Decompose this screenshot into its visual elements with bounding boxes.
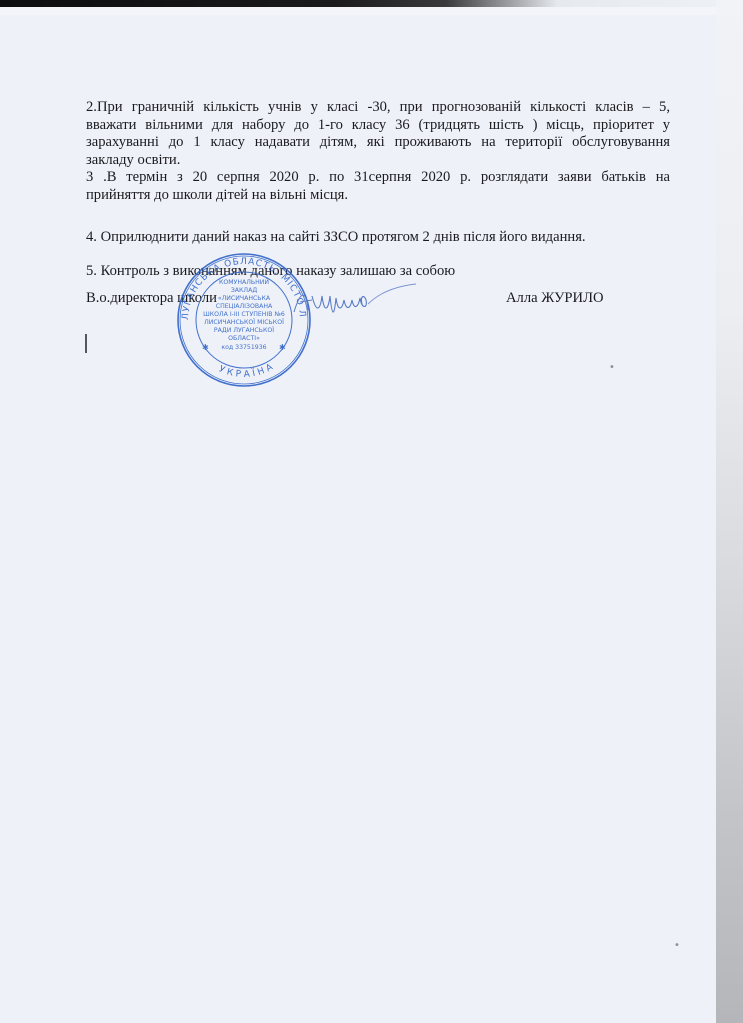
stamp-line: СПЕЦІАЛІЗОВАНА xyxy=(216,303,273,310)
stamp-line: «ЛИСИЧАНСЬКА xyxy=(218,295,271,302)
stamp-line: КОМУНАЛЬНИЙ xyxy=(219,277,269,286)
scanner-edge-right xyxy=(716,0,743,1023)
svg-text:УКРАЇНА: УКРАЇНА xyxy=(217,361,277,380)
stamp-line: код 33751936 xyxy=(221,344,266,351)
margin-mark xyxy=(85,334,87,353)
paragraph-3: 3 .В термін з 20 серпня 2020 р. по 31сер… xyxy=(86,169,670,204)
scan-speck: • xyxy=(674,940,680,951)
stamp-star-icon: ✱ xyxy=(279,343,286,352)
stamp-line: ЗАКЛАД xyxy=(231,287,257,294)
stamp-star-icon: ✱ xyxy=(202,343,209,352)
signatory-name: Алла ЖУРИЛО xyxy=(506,290,604,307)
scanner-edge-top xyxy=(0,0,743,7)
stamp-ring-bottom: УКРАЇНА xyxy=(217,361,277,380)
stamp-line: ШКОЛА І-ІІІ СТУПЕНІВ №6 xyxy=(203,311,285,318)
handwritten-signature xyxy=(290,282,420,322)
stamp-line: РАДИ ЛУГАНСЬКОЇ xyxy=(214,325,274,334)
scanner-strip xyxy=(0,7,743,15)
paragraph-2: 2.При граничній кількість учнів у класі … xyxy=(86,99,670,169)
stamp-line: ОБЛАСТІ» xyxy=(228,335,260,342)
scan-speck: • xyxy=(609,362,615,373)
paragraph-line: зарахуванні до 1 класу надавати дітям, я… xyxy=(86,134,670,152)
paragraph-line: вважати вільними для набору до 1-го клас… xyxy=(86,117,670,135)
paragraph-line: прийняття до школи дітей на вільні місця… xyxy=(86,187,670,205)
paragraph-line: 2.При граничній кількість учнів у класі … xyxy=(86,99,670,117)
stamp-line: ЛИСИЧАНСЬКОЇ МІСЬКОЇ xyxy=(204,317,284,326)
paragraph-line: закладу освіти. xyxy=(86,152,670,170)
paragraph-line: 3 .В термін з 20 серпня 2020 р. по 31сер… xyxy=(86,169,670,187)
paragraph-4: 4. Оприлюднити даний наказ на сайті ЗЗСО… xyxy=(86,229,670,247)
